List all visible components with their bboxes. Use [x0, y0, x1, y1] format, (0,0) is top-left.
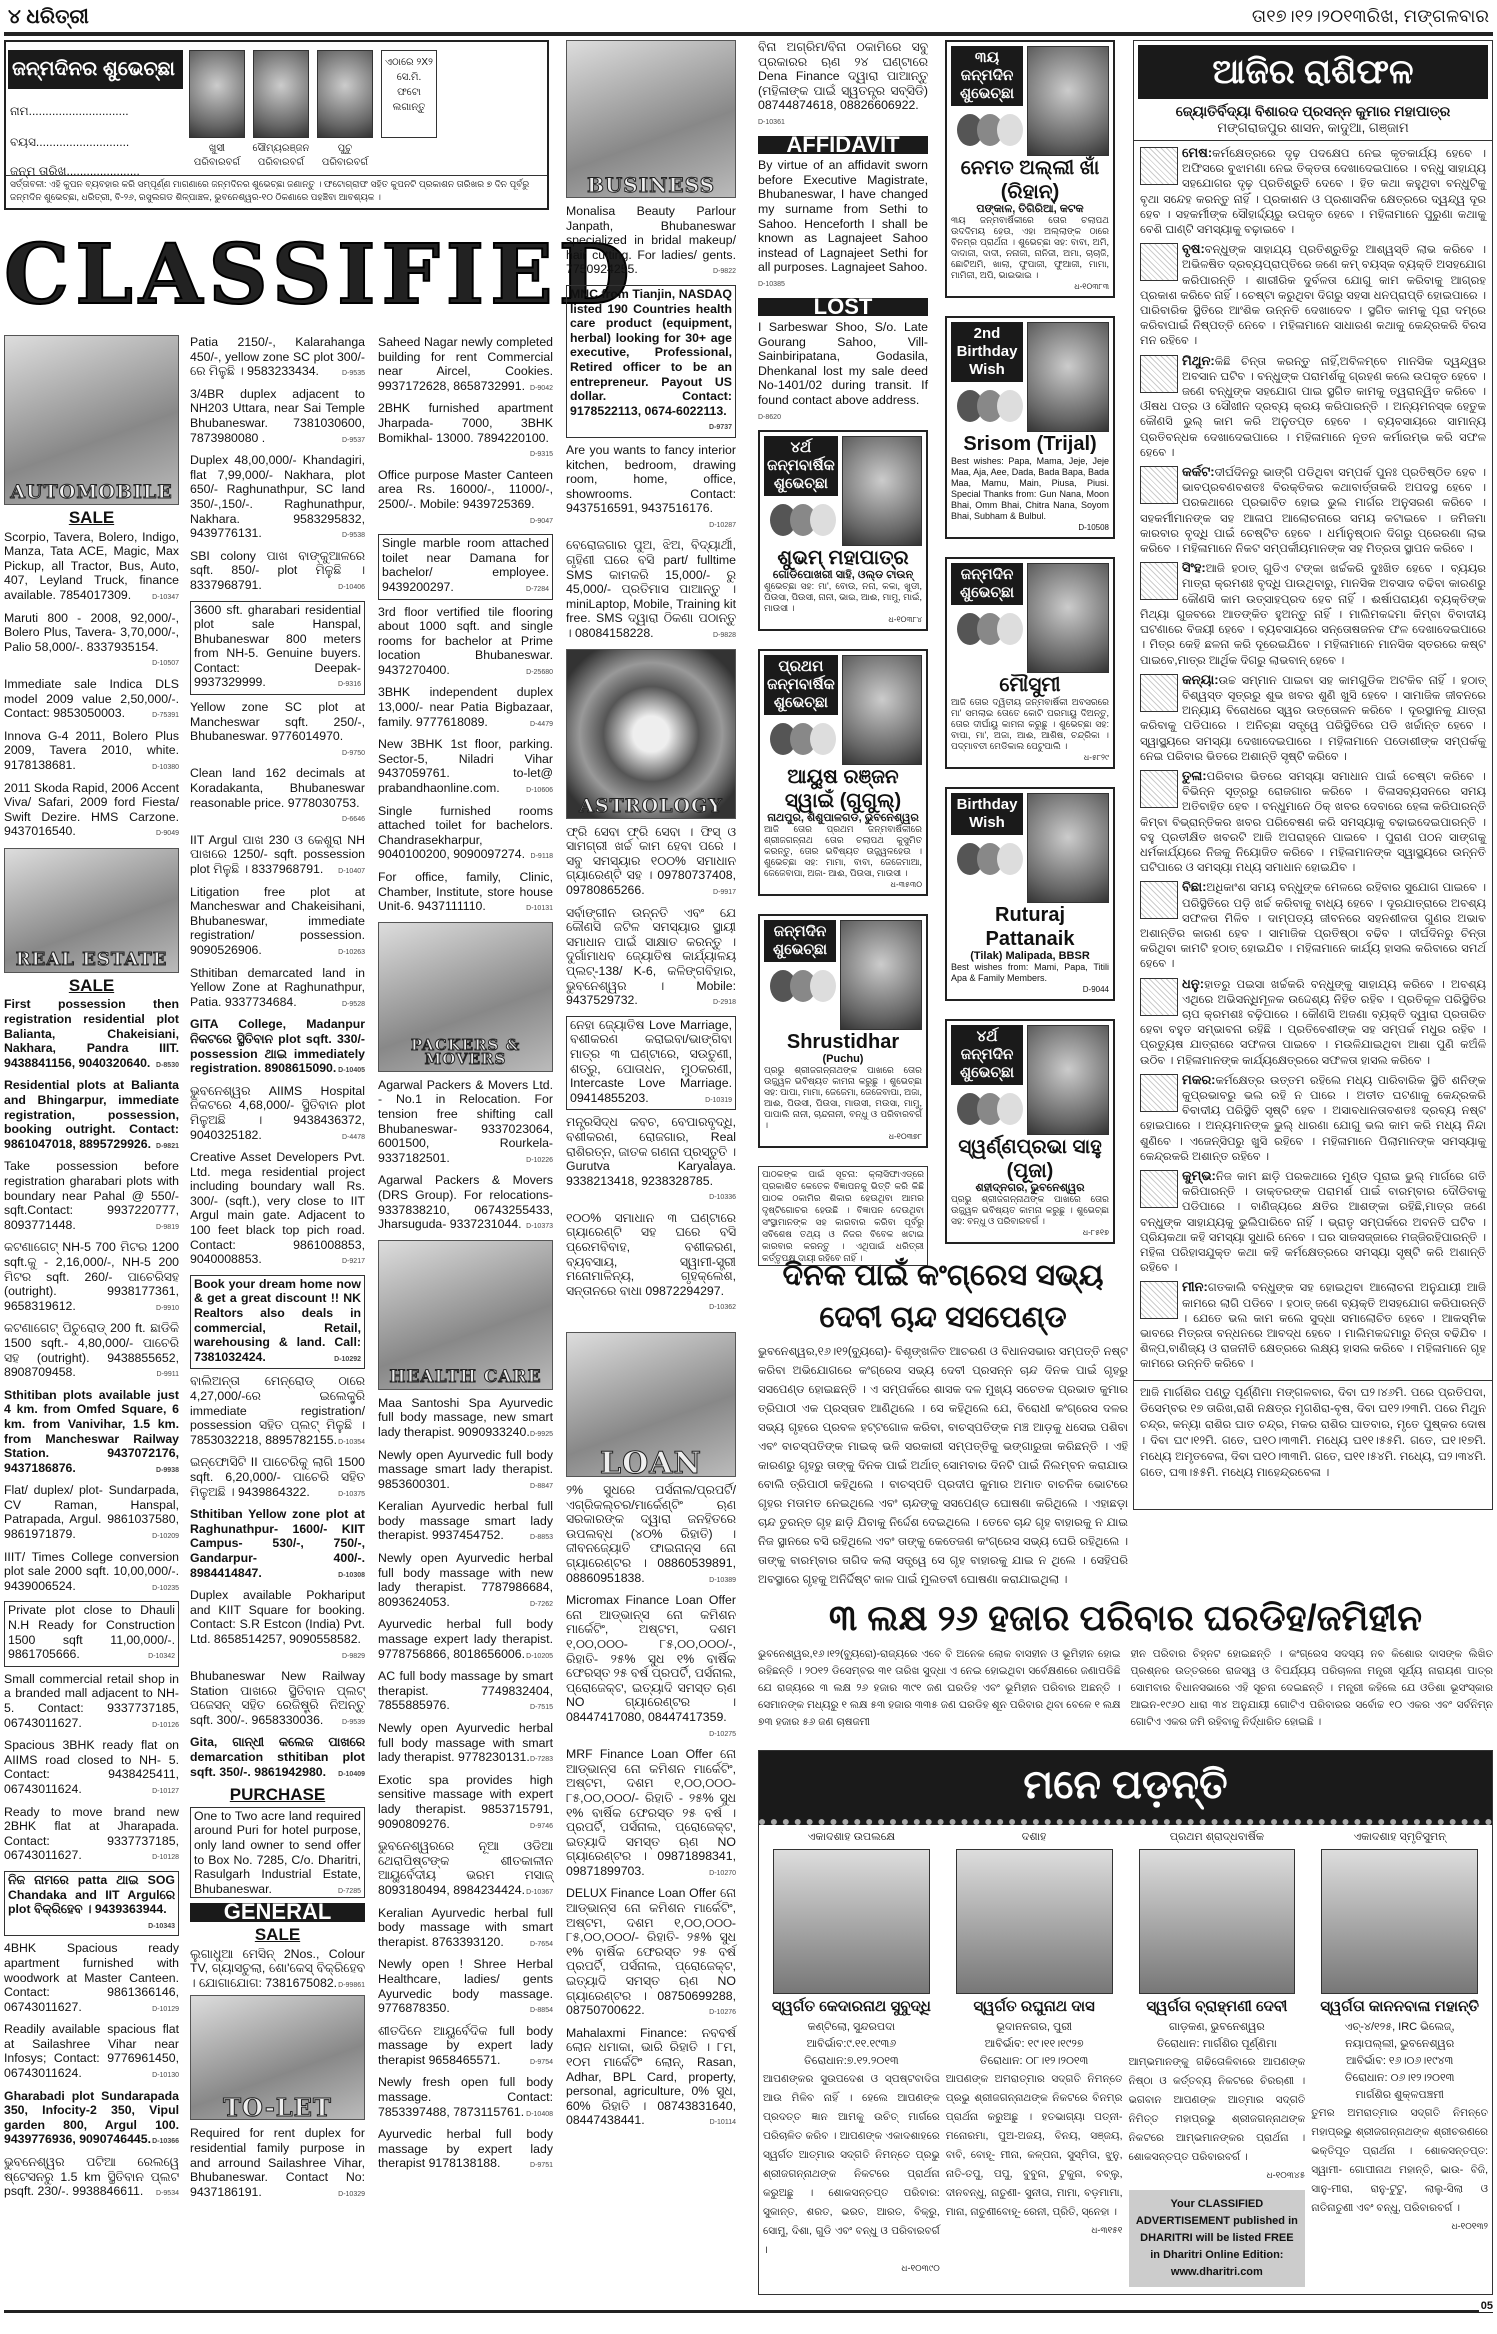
obit-detail: ଆବିର୍ଭାବ: ୧୬।୦୬।୧୯୪୩ — [1311, 2053, 1488, 2070]
classified-ad: Newly open Ayurvedic herbal full body ma… — [378, 1721, 553, 1768]
ad-code: D-10408 — [526, 2108, 553, 2123]
ad-code: D-9754 — [530, 2056, 553, 2071]
birthday-wish-ad: 2nd Birthday Wish Srisom (Trijal) Best w… — [945, 316, 1115, 539]
rashi-name: ମେଷ: — [1182, 145, 1212, 160]
classified-ad: Newly open Ayurvedic full body massage s… — [378, 1448, 553, 1495]
rashi-name: ମିଥୁନ: — [1182, 353, 1215, 368]
balloons-icon — [963, 390, 1023, 422]
classified-ad: Mahalaxmi Finance: ନବବର୍ଷ ଲୋନ ଧମାକା, ଭାର… — [566, 2026, 736, 2131]
astrology-label: ASTROLOGY — [567, 799, 735, 814]
wish-place: ଶହୀଦ୍‌ନଗର, ଭୁବନେଶ୍ୱର — [951, 1183, 1109, 1194]
ad-text: Single furnished rooms attached toilet f… — [378, 804, 553, 862]
ad-code: D-8620 — [758, 414, 781, 421]
packers-label: PACKERS & MOVERS — [379, 1038, 552, 1067]
wish-place: ଗୋଡିପୋଖରୀ ସାହି, ଓଲ୍ଡ ଟାଉନ୍ — [764, 570, 922, 581]
obit-detail: ତିରୋଧାନ: ୦୮।୧୨।୨୦୧୩ — [946, 2053, 1123, 2070]
balloons-icon — [776, 970, 836, 1002]
classified-ad: Readily available spacious flat at Saila… — [4, 2022, 179, 2083]
zodiac-icon — [1140, 674, 1178, 712]
classified-ad: Newly open ! Shree Herbal Healthcare, la… — [378, 1957, 553, 2018]
rashi-name: ମୀନ: — [1182, 1279, 1208, 1294]
classified-ad: 2BHK furnished apartment Jharpada- 7000,… — [378, 401, 553, 462]
wish-name: Shrustidhar — [764, 1030, 922, 1054]
classified-ad: New 3BHK 1st floor, parking. Sector-5, N… — [378, 737, 553, 798]
ad-text: 3600 sft. gharabari residential plot sal… — [194, 603, 361, 690]
ad-code: D-10336 — [709, 1191, 736, 1206]
ad-text: ଭୁବନେଶ୍ୱର ପଟିଆ ରେଲୱେ ଷ୍ଟେସନରୁ 1.5 km ସ୍ଥ… — [4, 2155, 179, 2198]
ad-text: Single marble room attached toilet near … — [382, 536, 549, 594]
obit-detail: ଗାଡ଼କଣ, ଭୁବନେଶ୍ୱର — [1129, 2019, 1306, 2036]
wish-body: ଶୁଭେଚ୍ଛା ସହ: ମା', ବୋଉ, ନନା, କକା, ଖୁଡୀ, ପ… — [764, 581, 922, 614]
classified-ad: ଇନ୍‌ଫୋସିଟି II ପାଚେରିକୁ ଲାଗି 1500 sqft. 6… — [190, 1455, 365, 1502]
classified-ad: DELUX Finance Loan Offer ନୋ ଆଡ୍‌ଭାନ୍ସ ନୋ… — [566, 1886, 736, 2020]
classified-ad: Bhubaneswar New Railway Station ପାଖରେ ସ୍… — [190, 1669, 365, 1730]
obit-detail: ଆବିର୍ଭାବ: ୧୯।୧୧।୧୯୨୭ — [946, 2036, 1123, 2053]
classified-ad: Sthitiban demarcated land in Yellow Zone… — [190, 966, 365, 1013]
obituary-card: ଏକାଦଶାହ ସ୍ମୃତିସୁମନ୍ ସ୍ୱର୍ଗତା କାନନବାଳା ମହ… — [1311, 1829, 1488, 2287]
ad-code: D-10129 — [152, 2003, 179, 2018]
wish-name: ମୌସୁମୀ — [951, 673, 1109, 697]
classified-ad: ମନ୍ତ୍ରସିଦ୍ଧ କବଚ, ବେପାରବୃଦ୍ଧି, ବଶୀକରଣ, ରୋ… — [566, 1115, 736, 1206]
ad-text: Sthitiban demarcated land in Yellow Zone… — [190, 966, 365, 1009]
ad-code: D-10127 — [152, 1785, 179, 1800]
obit-body: ଆମ୍ଭମାନଙ୍କୁ ଗଢିତୋଳିବାରେ ଆପଣଙ୍କ ନିଷ୍ଠା ଓ … — [1129, 2053, 1306, 2167]
classified-ad: Ayurvedic herbal full body massage exper… — [378, 1617, 553, 1664]
business-label: BUSINESS — [567, 178, 735, 193]
ad-code: D-9829 — [342, 1650, 365, 1665]
ad-text: Are you wants to fancy interior kitchen,… — [566, 443, 736, 515]
ad-code: D-10226 — [526, 1154, 553, 1169]
wish-code: ଧ-୧୦୩୮୩ — [951, 281, 1109, 292]
purchase-ad: One to Two acre land required around Pur… — [190, 1807, 365, 1899]
classified-ad: Take possession before registration ghar… — [4, 1159, 179, 1235]
classified-ad: Exotic spa provides high sensitive massa… — [378, 1773, 553, 1834]
obit-code: ଧ-୧୦୧୩୨ — [1311, 2218, 1488, 2235]
ad-code: D-10354 — [338, 1436, 365, 1451]
ad-text: ୧୦୦% ସମାଧାନ ୩ ଘଣ୍ଟାରେ ଗ୍ୟାରେଣ୍ଟି ସହ ଘରେ … — [566, 1211, 736, 1298]
affidavit-ad: By virtue of an affidavit sworn before E… — [758, 158, 928, 292]
ad-code: D-7284 — [526, 583, 549, 598]
classified-ad: Keralian Ayurvedic herbal full body mass… — [378, 1499, 553, 1546]
balloons-icon — [776, 723, 838, 755]
obit-detail: ଏଚ୍-୪/୧୨୫, IRC ଭିଲେଜ୍, — [1311, 2019, 1488, 2036]
ad-text: Monalisa Beauty Parlour Janpath, Bhubane… — [566, 204, 736, 276]
balloons-icon — [963, 114, 1023, 146]
rashi-text: ଦୀର୍ଘଦିନରୁ ଭାଙ୍ଗି ପଡିଥିବା ସମ୍ପର୍କ ପୁନଃ ପ… — [1140, 467, 1486, 555]
wish-title: 2nd Birthday Wish — [951, 322, 1023, 382]
classified-ad: Flat/ duplex/ plot- Sundarpada, CV Raman… — [4, 1483, 179, 1544]
tolet-label: TO-LET — [191, 2101, 364, 2116]
news1-headline-2: ଦେବୀ ଚାନ୍ଦ ସସପେଣ୍ଡ — [758, 1297, 1128, 1339]
classified-ad: Gita, ଗାନ୍ଧୀ କଲେଜ ପାଖରେ demarcation sthi… — [190, 1735, 365, 1782]
deceased-photo — [956, 1849, 1113, 1994]
ad-text: Patia 2150/-, Kalarahanga 450/-, yellow … — [190, 335, 365, 378]
classified-ad: Ready to move brand new 2BHK flat at Jha… — [4, 1805, 179, 1866]
ad-code: D-9042 — [530, 382, 553, 397]
deceased-photo — [773, 1849, 930, 1994]
ad-text: ୨% ସୁଧରେ ପର୍ସନାଲ/ପ୍ରପର୍ଟି/ ଏଗ୍ରିକଲ୍ଚର/ମା… — [566, 1483, 736, 1585]
classified-ad: Spacious 3BHK ready flat on AIIMS road c… — [4, 1738, 179, 1799]
obituary-card: ଦଶାହ ସ୍ୱର୍ଗତ ରଘୁନାଥ ଦାସ ଭୂଦାନନଗର, ପୁରୀଆବ… — [946, 1829, 1123, 2287]
wish-place: ପଙ୍କାଳ, ତିଗିରିଆ, କଟକ — [951, 204, 1109, 215]
rashifal-box: ଆଜିର ରାଶିଫଳ ଜ୍ୟୋତିର୍ବିଦ୍ୟା ବିଶାରଦ ପ୍ରସନ୍… — [1133, 40, 1493, 1510]
wish-name: ନେମତ ଅଲ୍ଲୀ ଖାଁ (ରିହାନ୍) — [951, 156, 1109, 204]
ad-text: MNC from Tianjin, NASDAQ listed 190 Coun… — [570, 287, 732, 418]
classified-ad: ଭୁବନେଶ୍ୱର ପଟିଆ ରେଲୱେ ଷ୍ଟେସନରୁ 1.5 km ସ୍ଥ… — [4, 2155, 179, 2202]
classified-ad: Maruti 800 - 2008, 92,000/-, Bolero Plus… — [4, 611, 179, 672]
astrology-image: ASTROLOGY — [566, 649, 736, 819]
classified-ad: Monalisa Beauty Parlour Janpath, Bhubane… — [566, 204, 736, 280]
wish-code: ଧ-୧୦୩୭୮ — [764, 1131, 922, 1142]
child-photo — [1027, 322, 1109, 432]
classified-ad: ଶୀତଦିନେ ଆୟୁର୍ବେଦିକ full body massage by … — [378, 2024, 553, 2071]
ad-code: D-10130 — [152, 2069, 179, 2084]
ad-text: AC full body massage by smart therapist.… — [378, 1669, 553, 1712]
ad-code: D-8530 — [156, 1059, 179, 1074]
ad-text: ଭୁବନେଶ୍ୱର AIIMS Hospital ନିକଟରେ 4,68,000… — [190, 1084, 365, 1142]
ad-code: D-9917 — [713, 886, 736, 901]
classified-ad: 3rd floor vertified tile flooring about … — [378, 605, 553, 681]
general-ad: ଲୁଗାଧୁଆ ମେସିନ୍ 2Nos., Colour TV, ଗ୍ୟାସଚୁ… — [190, 1947, 365, 1991]
ad-code: D-9315 — [530, 448, 553, 463]
rashi-text: ନିଜ କାମ ଛାଡ଼ି ପରକଥାରେ ମୁଣ୍ଡ ପୂରାଇ ଭୁଲ୍ ମ… — [1140, 1171, 1486, 1274]
classified-ad: For office, family, Clinic, Chamber, Ins… — [378, 870, 553, 917]
classified-ad: SBI colony ପାଖ ବାଙ୍କୁଆଳରେ sqft. 850/- pl… — [190, 549, 365, 596]
header-rule — [4, 32, 1493, 36]
obit-detail: ଆବିର୍ଭାବ:୯.୧୧.୧୯୩୬ — [763, 2036, 940, 2053]
birthday-wish-ad: Birthday Wish Ruturaj Pattanaik (Tilak) … — [945, 787, 1115, 1001]
birthday-wish-ad: ଜନ୍ମଦିନ ଶୁଭେଚ୍ଛା ମୌସୁମୀ ଆଜି ତୋର ଦ୍ୱିତୀୟ … — [945, 557, 1115, 769]
news1-body: ଭୁବନେଶ୍ୱର,୧୬।୧୨(ବ୍ୟୁରୋ)- ବିଶୃଙ୍ଖଳିତ ଆଚରଣ… — [758, 1343, 1128, 1590]
ad-text: Sthitiban plots available just 4 km. fro… — [4, 1388, 179, 1475]
ad-code: D-10292 — [334, 1353, 361, 1368]
ad-code: D-10361 — [758, 119, 785, 126]
rashi-text: କର୍ମକ୍ଷେତ୍ରରେ ଦୃଢ଼ ପଦକ୍ଷେପ ନେଇ କୃତକାର୍ଯ୍… — [1140, 148, 1486, 236]
ad-code: D-9750 — [342, 747, 365, 762]
classified-ad: Sthitiban plots available just 4 km. fro… — [4, 1388, 179, 1479]
wish-code: ଧ-୮୫୧୭ — [951, 1227, 1109, 1238]
rashi-name: ସିଂହ: — [1182, 560, 1206, 575]
wish-title: ୪ର୍ଥ ଜନ୍ମଦିନ ଶୁଭେଚ୍ଛା — [951, 1025, 1023, 1085]
ad-code: D-10380 — [152, 761, 179, 776]
ad-code: D-10606 — [526, 784, 553, 799]
ad-text: 2BHK furnished apartment Jharpada- 7000,… — [378, 401, 553, 444]
ad-text: Office purpose Master Canteen area Rs. 1… — [378, 468, 553, 511]
news2-body-left: ଭୁବନେଶ୍ୱର,୧୬।୧୨(ବ୍ୟୁରୋ)-ରାଜ୍ୟରେ ଏବେ ବି ଅ… — [758, 1646, 1121, 1731]
classified-ad: Litigation free plot at Mancheswar and C… — [190, 885, 365, 961]
wish-name: Srisom (Trijal) — [951, 432, 1109, 456]
rashi-text: ଆଜି ହଠାତ୍ ଗୁଡିଏ ଟଙ୍କା ଖର୍ଚ୍ଚକରି ଦୁଃଖିତ ହ… — [1140, 563, 1486, 666]
ad-code: D-10287 — [709, 519, 736, 534]
classified-ad: ୨% ସୁଧରେ ପର୍ସନାଲ/ପ୍ରପର୍ଟି/ ଏଗ୍ରିକଲ୍ଚର/ମା… — [566, 1483, 736, 1588]
rashi-text: ଗତକାଲି ବନ୍ଧୁଙ୍କ ସହ ହୋଇଥିବା ଆଲୋଚନା ଅନୁଯାୟ… — [1140, 1282, 1486, 1370]
classified-ad: Duplex 48,00,000/- Khandagiri, flat 7,99… — [190, 453, 365, 544]
ad-code: D-8847 — [530, 1480, 553, 1495]
obit-body: ଆପଣଙ୍କ ଅମରାତ୍ମାର ସଦ୍‌ଗତି ନିମନ୍ତେ ପ୍ରଭୁ ଶ… — [946, 2070, 1123, 2222]
wish-code: D-9044 — [951, 984, 1109, 995]
rashi-text: ଉଚ୍ଚ ସମ୍ମାନ ପାଇବା ସହ କାମଗୁଡିକ ଅଟକିବ ନାହି… — [1140, 675, 1486, 763]
classified-ad: Office purpose Master Canteen area Rs. 1… — [378, 468, 553, 529]
ad-text: Newly open ! Shree Herbal Healthcare, la… — [378, 1957, 553, 2015]
ad-code: D-7654 — [530, 1938, 553, 1953]
automobile-image: AUTOMOBILE — [4, 335, 179, 505]
ad-text: ଶୀତଦିନେ ଆୟୁର୍ବେଦିକ full body massage by … — [378, 2024, 553, 2067]
ad-code: D-10362 — [709, 1301, 736, 1316]
ad-text: Yellow zone SC plot at Mancheswar sqft. … — [190, 700, 365, 743]
wish-body: Best wishes: Papa, Mama, Jeje, Jeje Maa,… — [951, 456, 1109, 522]
classified-ad: Patia 2150/-, Kalarahanga 450/-, yellow … — [190, 335, 365, 382]
balloons-icon — [963, 613, 1023, 645]
rashi-entry: ମୀନ:ଗତକାଲି ବନ୍ଧୁଙ୍କ ସହ ହୋଇଥିବା ଆଲୋଚନା ଅନ… — [1140, 1279, 1486, 1372]
rashi-entry: ତୁଳା:ପରିବାର ଭିତରେ ସମସ୍ୟା ସମାଧାନ ପାଇଁ ଚେଷ… — [1140, 768, 1486, 876]
classified-ad: ଭୁବନେଶ୍ୱର AIIMS Hospital ନିକଟରେ 4,68,000… — [190, 1084, 365, 1145]
ad-code: D-9537 — [342, 434, 365, 449]
wish-title: ୪ର୍ଥ ଜନ୍ମବାର୍ଷିକ ଶୁଭେଚ୍ଛା — [764, 436, 838, 496]
classified-ad: 4BHK Spacious ready apartment furnished … — [4, 1941, 179, 2017]
news2-headline: ୩ ଲକ୍ଷ ୨୬ ହଜାର ପରିବାର ଘରଡିହ/ଜମିହୀନ — [758, 1590, 1493, 1646]
wish-body: Best wishes from: Mami, Papa, Titili Apa… — [951, 962, 1109, 984]
ad-code: D-99861 — [338, 1979, 365, 1994]
obituary-card: ଏକାଦଶାହ ଉପଲକ୍ଷେ ସ୍ୱର୍ଗତ କେଦାରନାଥ ସୁବୁଦ୍ଧ… — [763, 1829, 940, 2287]
rashi-entry: ଧନୁ:ହାତରୁ ପଇସା ଖର୍ଚ୍ଚକରି ବନ୍ଧୁଙ୍କୁ ସାହାଯ… — [1140, 976, 1486, 1069]
obit-name: ସ୍ୱର୍ଗତ ରଘୁନାଥ ଦାସ — [946, 1998, 1123, 2015]
panjika: ଆଜି ମାର୍ଗଶିର ପଣ୍ଡୁ ପୂର୍ଣ୍ଣିମା ମଙ୍ଗଳବାର, … — [1134, 1380, 1492, 1485]
rashi-entry: ମକର:କର୍ମକ୍ଷେତ୍ର ଉତ୍ତମ ରହିଲେ ମଧ୍ୟ ପାରିବାର… — [1140, 1072, 1486, 1165]
classified-ad: MNC from Tianjin, NASDAQ listed 190 Coun… — [566, 285, 736, 438]
classified-ad: AC full body massage by smart therapist.… — [378, 1669, 553, 1716]
dena-ad: ବିନା ଅଗ୍ରିମ/ବିନା ଠକାମିରେ ସବୁ ପ୍ରକାରର ଋଣ … — [758, 40, 928, 131]
photo-placeholder[interactable]: ଏଠାରେ ୨X୨ ସେ.ମି. ଫଟୋ ଲଗାନ୍ତୁ — [381, 50, 437, 138]
wish-code: ଧ-୩୫୩୦ — [764, 879, 922, 890]
wish-title: ପ୍ରଥମ ଜନ୍ମବାର୍ଷିକ ଶୁଭେଚ୍ଛା — [764, 655, 838, 715]
ad-code: D-7285 — [338, 1885, 361, 1900]
ad-code: D-10375 — [338, 1488, 365, 1503]
ad-code: D-10209 — [152, 1530, 179, 1545]
wish-code: ଧ-୫୮୨୯ — [951, 752, 1109, 763]
ad-code: D-9910 — [156, 1302, 179, 1317]
ad-code: D-9938 — [156, 1464, 179, 1479]
obit-code: ଧ-୧୦୩୪୫ — [1129, 2167, 1306, 2184]
ad-code: D-9049 — [156, 827, 179, 842]
ad-code: D-9217 — [342, 1255, 365, 1270]
sample-caption-3: ପୁଚୁପରିବାରବର୍ଗ — [307, 142, 383, 170]
ad-text: Newly open Ayurvedic herbal full body ma… — [378, 1721, 553, 1764]
birthday-wish-ad: ୩ୟ ଜନ୍ମଦିନ ଶୁଭେଚ୍ଛା ନେମତ ଅଲ୍ଲୀ ଖାଁ (ରିହା… — [945, 40, 1115, 298]
child-photo — [840, 920, 922, 1030]
child-photo — [1027, 563, 1109, 673]
automobile-label: AUTOMOBILE — [5, 485, 178, 500]
news-story-2: ୩ ଲକ୍ଷ ୨୬ ହଜାର ପରିବାର ଘରଡିହ/ଜମିହୀନ ଭୁବନେ… — [758, 1590, 1493, 1731]
zodiac-icon — [1140, 466, 1178, 504]
ad-text: ମନ୍ତ୍ରସିଦ୍ଧ କବଚ, ବେପାରବୃଦ୍ଧି, ବଶୀକରଣ, ରୋ… — [566, 1115, 736, 1187]
tolet-image: TO-LET — [190, 1995, 365, 2120]
rashi-name: ମକର: — [1182, 1072, 1216, 1087]
ad-text: ବେରୋଜଗାର ପୁଅ, ଝିଅ, ବିଦ୍ୟାର୍ଥୀ, ଗୃହିଣୀ ଘର… — [566, 538, 736, 640]
ad-code: D-9751 — [530, 2159, 553, 2174]
classified-ad: କଟଣାଗେଟ୍ NH-5 700 ମିଟର 1200 sqft.କୁ - 2,… — [4, 1240, 179, 1316]
ad-text: Keralian Ayurvedic herbal full body mass… — [378, 1906, 553, 1949]
classified-ad: Agarwal Packers & Movers Ltd. - No.1 in … — [378, 1078, 553, 1169]
ad-code: D-10385 — [758, 281, 785, 288]
ad-text: Saheed Nagar newly completed building fo… — [378, 335, 553, 393]
deceased-photo — [1321, 1849, 1478, 1994]
zodiac-icon — [1140, 1170, 1178, 1208]
ad-text: Residential plots at Balianta and Bhinga… — [4, 1078, 179, 1150]
ad-code: D-9746 — [530, 1820, 553, 1835]
lost-ad: I Sarbeswar Shoo, S/o. Late Gourang Saho… — [758, 320, 928, 425]
classified-ad: Single furnished rooms attached toilet f… — [378, 804, 553, 865]
classified-ad: ଭୁବନେଶ୍ୱରରେ ନୂଆ ଓଡିଆ ଥେରାପିଷ୍ଟଙ୍କ ଶୀତକାଳ… — [378, 1839, 553, 1900]
obit-name: ସ୍ୱର୍ଗତା କାନନବାଳା ମହାନ୍ତି — [1311, 1998, 1488, 2015]
re-sale-heading: SALE — [4, 979, 179, 994]
ad-text: 3BHK independent duplex 13,000/- near Pa… — [378, 685, 553, 728]
ad-code: D-10319 — [705, 1094, 732, 1109]
ad-text: Ayurvedic herbal full body massage by ex… — [378, 2127, 553, 2170]
ad-code: D-9538 — [342, 529, 365, 544]
general-sale-heading: SALE — [190, 1928, 365, 1943]
ad-code: D-10406 — [338, 581, 365, 596]
ad-text: 2011 Skoda Rapid, 2006 Accent Viva/ Safa… — [4, 781, 179, 839]
classified-ad: Ayurvedic herbal full body massage by ex… — [378, 2127, 553, 2174]
rashi-name: କର୍କଟ: — [1182, 464, 1215, 479]
wish-body: ପ୍ରଭୁ ଶ୍ରୀଜଗନ୍ନାଥଙ୍କ ପାଖରେ ତୋର ଉଜ୍ଜ୍ୱଳ ଭ… — [764, 1065, 922, 1131]
rashi-entry: ବୃଷ:ବନ୍ଧୁଙ୍କ ସାହାଯ୍ୟ ପ୍ରତିଶ୍ରୁତିରୁ ଆଶ୍ୱସ… — [1140, 241, 1486, 349]
ad-code: D-10367 — [526, 1886, 553, 1901]
wish-name: ସ୍ୱର୍ଣ୍ଣପ୍ରଭା ସାହୁ (ପୂଜା) — [951, 1135, 1109, 1183]
classified-ad: ସର୍ବାଙ୍ଗୀନ ଉନ୍ନତି ଏବଂ ଯେ କୌଣସି ଜଟିଳ ସମସ୍… — [566, 906, 736, 1011]
birthday-wish-ad: ୪ର୍ଥ ଜନ୍ମଦିନ ଶୁଭେଚ୍ଛା ସ୍ୱର୍ଣ୍ଣପ୍ରଭା ସାହୁ… — [945, 1019, 1115, 1244]
ad-code: D-10329 — [338, 2188, 365, 2203]
ad-code: D-9911 — [157, 1368, 179, 1383]
ad-code: D-9821 — [156, 1140, 179, 1155]
rashi-text: ବନ୍ଧୁଙ୍କ ସାହାଯ୍ୟ ପ୍ରତିଶ୍ରୁତିରୁ ଆଶ୍ୱସ୍ତି … — [1140, 244, 1486, 347]
page-number: 05 — [1479, 2300, 1493, 2312]
rashi-name: ତୁଳା: — [1182, 768, 1207, 783]
classified-ad: Immediate sale Indica DLS model 2009 val… — [4, 677, 179, 724]
coupon-title: ଜନ୍ମଦିନର ଶୁଭେଚ୍ଛା — [8, 50, 183, 89]
ad-text: I Sarbeswar Shoo, S/o. Late Gourang Saho… — [758, 320, 928, 407]
coupon-field-age[interactable]: ବୟସ............................ — [10, 135, 185, 150]
ad-text: Duplex 48,00,000/- Khandagiri, flat 7,99… — [190, 453, 365, 540]
rashi-entry: ସିଂହ:ଆଜି ହଠାତ୍ ଗୁଡିଏ ଟଙ୍କା ଖର୍ଚ୍ଚକରି ଦୁଃ… — [1140, 560, 1486, 668]
ad-code: D-9925 — [530, 1428, 553, 1443]
column-5: ବିନା ଅଗ୍ରିମ/ବିନା ଠକାମିରେ ସବୁ ପ୍ରକାରର ଋଣ … — [758, 40, 928, 1271]
obit-occasion: ଏକାଦଶାହ ଉପଲକ୍ଷେ — [763, 1829, 940, 1846]
classified-ad: Yellow zone SC plot at Mancheswar sqft. … — [190, 700, 365, 761]
rashi-name: କନ୍ୟା: — [1182, 672, 1219, 687]
classified-ad: ବାଲିଅନ୍ତା ମେନ୍‌ରୋଡ୍ ଠାରେ 4,27,000/-ରେ ଇଲ… — [190, 1374, 365, 1450]
wish-body: ଆଜି ତୋର ଦ୍ୱିତୀୟ ଜନ୍ମବାର୍ଷିକୀ ଅବସରରେ ମା' … — [951, 697, 1109, 752]
rashi-name: ବିଛା: — [1182, 879, 1206, 894]
column-3: Saheed Nagar newly completed building fo… — [378, 335, 553, 2179]
ad-text: By virtue of an affidavit sworn before E… — [758, 158, 928, 274]
ad-code: D-7283 — [530, 1753, 553, 1768]
ad-code: D-8854 — [530, 2004, 553, 2019]
rashi-text: ପରିବାର ଭିତରେ ସମସ୍ୟା ସମାଧାନ ପାଇଁ ଚେଷ୍ଟା କ… — [1140, 771, 1486, 874]
sample-name: ପୁଚୁ — [307, 142, 383, 156]
obit-body: ତୁମର ଅମରାତ୍ମାର ସଦ୍‌ଗତି ନିମନ୍ତେ ମହାପ୍ରଭୁ … — [1311, 2104, 1488, 2218]
real-estate-label: REAL ESTATE — [5, 953, 178, 968]
child-photo — [842, 436, 922, 546]
rashi-entry: କୁମ୍ଭ:ନିଜ କାମ ଛାଡ଼ି ପରକଥାରେ ମୁଣ୍ଡ ପୂରାଇ … — [1140, 1168, 1486, 1276]
ad-text: ଫ୍ରି ସେବା ଫ୍ରି ସେବା । ଫିସ୍ ଓ ସାମଗ୍ରୀ ଖର୍… — [566, 825, 736, 897]
classified-ad: Single marble room attached toilet near … — [378, 534, 553, 599]
classified-ad: ବେରୋଜଗାର ପୁଅ, ଝିଅ, ବିଦ୍ୟାର୍ଥୀ, ଗୃହିଣୀ ଘର… — [566, 538, 736, 643]
ad-text: One to Two acre land required around Pur… — [194, 1809, 361, 1896]
birthday-wish-ad: ଜନ୍ମଦିନ ଶୁଭେଚ୍ଛା Shrustidhar (Puchu) ପ୍ର… — [758, 914, 928, 1148]
classified-ad: 3BHK independent duplex 13,000/- near Pa… — [378, 685, 553, 732]
packers-image: PACKERS & MOVERS — [378, 922, 553, 1072]
obit-detail: ତିରୋଧାନ: ମାର୍ଗଶିର ପୂର୍ଣ୍ଣିମା — [1129, 2036, 1306, 2053]
ad-code: D-10128 — [152, 1851, 179, 1866]
rashi-entry: ମିଥୁନ:କିଛି ଚିନ୍ତା କରନ୍ତୁ ନାହିଁ,ଅବିଳମ୍ବେ … — [1140, 353, 1486, 461]
ad-text: 3/4BR duplex adjacent to NH203 Uttara, n… — [190, 387, 365, 445]
sample-photo-1 — [189, 50, 245, 138]
news1-headline-1: ଦିନକ ପାଇଁ କଂଗ୍ରେସ ସଭ୍ୟ — [758, 1255, 1128, 1297]
ad-code: D-10263 — [338, 946, 365, 961]
balloons-icon — [776, 504, 838, 536]
wish-place: ନାଥପୁର, ଶିଶୁପାଳଗଡ, ଭୁବନେଶ୍ୱର — [764, 813, 922, 824]
auto-sale-heading: SALE — [4, 511, 179, 526]
ad-code: D-10114 — [710, 2116, 736, 2131]
column-1: AUTOMOBILE SALE Scorpio, Tavera, Bolero,… — [4, 335, 179, 2207]
birthday-coupon: ଜନ୍ମଦିନର ଶୁଭେଚ୍ଛା ନାମ...................… — [4, 40, 549, 210]
rashi-text: ହାତରୁ ପଇସା ଖର୍ଚ୍ଚକରି ବନ୍ଧୁଙ୍କୁ ସାହାଯ୍ୟ କ… — [1140, 979, 1486, 1067]
ad-code: D-10409 — [338, 1768, 365, 1783]
wish-code: ଧ-୧୦୩୮୪ — [764, 614, 922, 625]
wish-code: D-10508 — [951, 522, 1109, 533]
ad-text: Maa Santoshi Spa Ayurvedic full body mas… — [378, 1396, 553, 1439]
child-photo — [842, 655, 922, 765]
obit-code: ଧ-୩୧୫୧ — [946, 2222, 1123, 2239]
wish-title: ଜନ୍ମଦିନ ଶୁଭେଚ୍ଛା — [764, 920, 836, 962]
ad-text: MRF Finance Loan Offer ନୋ ଆଡ୍‌ଭାନ୍ସ ନୋ କ… — [566, 1747, 736, 1878]
news2-body-right: ହୀନ ପରିବାର ଚିହ୍ନଟ ହୋଇଛନ୍ତି । କଂଗ୍ରେସ ସଦସ… — [1131, 1646, 1494, 1731]
classified-ad: IIIT/ Times College conversion plot sale… — [4, 1550, 179, 1597]
wish-title: Birthday Wish — [951, 793, 1023, 835]
news-story-1: ଦିନକ ପାଇଁ କଂଗ୍ରେସ ସଭ୍ୟ ଦେବୀ ଚାନ୍ଦ ସସପେଣ୍… — [758, 1255, 1128, 1590]
ad-text: Keralian Ayurvedic herbal full body mass… — [378, 1499, 553, 1542]
lost-heading: LOST — [758, 298, 928, 317]
ad-code: D-10347 — [152, 591, 179, 606]
obit-detail: ଭୂଦାନନଗର, ପୁରୀ — [946, 2019, 1123, 2036]
ad-code: D-7515 — [530, 1701, 553, 1716]
wish-body: ୩ୟ ଜନ୍ମବାର୍ଷିକୀରେ ତୋର ଚଲାପଥ ଉଦଦିମୟ ହେଉ, … — [951, 215, 1109, 281]
obit-body: ଆପଣଙ୍କର ସୁଉପଦେଶ ଓ ସ୍ପଷ୍ଟବାଦିତା ଆଉ ମିଳିବ … — [763, 2070, 940, 2260]
ad-code: D-9528 — [342, 998, 365, 1013]
zodiac-icon — [1140, 562, 1178, 600]
zodiac-icon — [1140, 1074, 1178, 1112]
wish-name: Ruturaj Pattanaik — [951, 903, 1109, 951]
ad-code: D-4478 — [342, 1131, 365, 1146]
obituary-section: ମନେ ପଡ଼ନ୍ତି ଏକାଦଶାହ ଉପଲକ୍ଷେ ସ୍ୱର୍ଗତ କେଦା… — [758, 1750, 1493, 2295]
ad-code: D-10507 — [152, 657, 179, 672]
obit-detail: ନୟାପଲ୍ଲୀ, ଭୁବନେଶ୍ୱର — [1311, 2036, 1488, 2053]
rashifal-author: ଜ୍ୟୋତିର୍ବିଦ୍ୟା ବିଶାରଦ ପ୍ରସନ୍ନ କୁମାର ମହାପ… — [1134, 103, 1492, 120]
ad-text: Bhubaneswar New Railway Station ପାଖରେ ସ୍… — [190, 1669, 365, 1727]
ad-text: Micromax Finance Loan Offer ନୋ ଆଡ୍‌ଭାନ୍ସ… — [566, 1593, 736, 1724]
deceased-photo — [1139, 1849, 1296, 1994]
obit-name: ସ୍ୱର୍ଗତ କେଦାରନାଥ ସୁବୁଦ୍ଧି — [763, 1998, 940, 2015]
obit-detail: କଣ୍ଟିଲୋ, ସୁନ୍ଦରପଦା — [763, 2019, 940, 2036]
ad-text: Agarwal Packers & Movers Ltd. - No.1 in … — [378, 1078, 553, 1165]
ad-code: D-9047 — [530, 515, 553, 530]
loan-label: LOAN — [567, 1457, 735, 1472]
ad-code: D-75391 — [152, 709, 179, 724]
ad-text: Newly open Ayurvedic herbal full body ma… — [378, 1551, 553, 1609]
wish-body: ପ୍ରଭୁ ଶ୍ରୀଜଗନ୍ନାଥଙ୍କ ପାଖରେ ତୋର ଉଜ୍ଜ୍ୱଳ ଭ… — [951, 1194, 1109, 1227]
coupon-field-name[interactable]: ନାମ.............................. — [10, 104, 185, 119]
